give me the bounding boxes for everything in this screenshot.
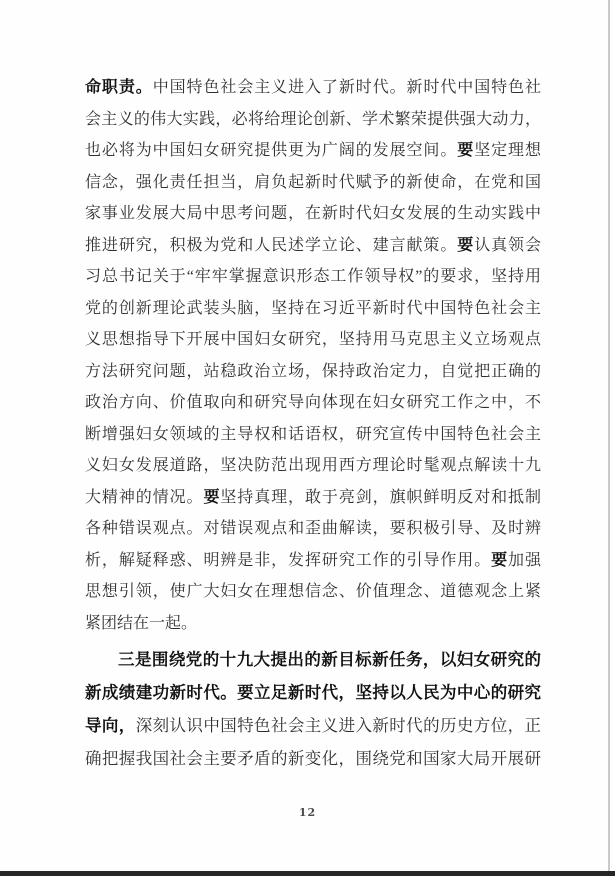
text-segment: 思想引领，使广大妇女在理想信念、价值理念、道德观念上紧 bbox=[85, 583, 541, 600]
text-segment: 紧团结在一起。 bbox=[85, 615, 197, 632]
text-line: 党的创新理论武装头脑，坚持在习近平新时代中国特色社会主 bbox=[85, 293, 541, 325]
text-segment: 析，解疑释惑、明辨是非，发挥研究工作的引导作用。 bbox=[85, 552, 491, 569]
text-segment: 加强 bbox=[508, 552, 541, 569]
text-segment: 家事业发展大局中思考问题，在新时代妇女发展的生动实践中 bbox=[85, 205, 541, 222]
bold-text-segment: 要 bbox=[203, 489, 220, 506]
text-line: 导向，深刻认识中国特色社会主义进入新时代的历史方位，正 bbox=[85, 709, 541, 742]
paragraph-1: 命职责。中国特色社会主义进入了新时代。新时代中国特色社会主义的伟大实践，必将给理… bbox=[85, 72, 541, 639]
text-line: 会主义的伟大实践，必将给理论创新、学术繁荣提供强大动力， bbox=[85, 104, 541, 136]
text-line: 命职责。中国特色社会主义进入了新时代。新时代中国特色社 bbox=[85, 72, 541, 104]
text-segment: 信念，强化责任担当，肩负起新时代赋予的新使命，在党和国 bbox=[85, 174, 541, 191]
text-line: 推进研究，积极为党和人民述学立论、建言献策。要认真领会 bbox=[85, 230, 541, 262]
text-segment: 推进研究，积极为党和人民述学立论、建言献策。 bbox=[85, 237, 457, 254]
text-line: 断增强妇女领域的主导权和话语权，研究宣传中国特色社会主 bbox=[85, 419, 541, 451]
page-number: 12 bbox=[0, 806, 615, 819]
text-line: 习总书记关于“牢牢掌握意识形态工作领导权”的要求，坚持用 bbox=[85, 261, 541, 293]
text-line: 紧团结在一起。 bbox=[85, 608, 541, 640]
text-line: 方法研究问题，站稳政治立场，保持政治定力，自觉把正确的 bbox=[85, 356, 541, 388]
text-segment: 认真领会 bbox=[474, 237, 541, 254]
text-line: 确把握我国社会主要矛盾的新变化，围绕党和国家大局开展研 bbox=[85, 742, 541, 775]
bold-text-segment: 要 bbox=[457, 142, 474, 159]
text-segment: 习总书记关于“牢牢掌握意识形态工作领导权”的要求，坚持用 bbox=[85, 268, 541, 285]
text-segment: 义妇女发展道路，坚决防范出现用西方理论时髦观点解读十九 bbox=[85, 457, 541, 474]
scan-edge-right bbox=[608, 0, 610, 876]
text-segment: 义思想指导下开展中国妇女研究，坚持用马克思主义立场观点 bbox=[85, 331, 541, 348]
text-segment: 各种错误观点。对错误观点和歪曲解读，要积极引导、及时辨 bbox=[85, 520, 541, 537]
bold-text-segment: 命职责。 bbox=[85, 79, 153, 96]
text-segment: 深刻认识中国特色社会主义进入新时代的历史方位，正 bbox=[136, 716, 541, 735]
text-line: 大精神的情况。要坚持真理，敢于亮剑，旗帜鲜明反对和抵制 bbox=[85, 482, 541, 514]
text-segment: 坚定理想 bbox=[474, 142, 541, 159]
text-segment: 坚持真理，敢于亮剑，旗帜鲜明反对和抵制 bbox=[220, 489, 541, 506]
text-segment: 政治方向、价值取向和研究导向体现在妇女研究工作之中，不 bbox=[85, 394, 541, 411]
text-line: 信念，强化责任担当，肩负起新时代赋予的新使命，在党和国 bbox=[85, 167, 541, 199]
document-body: 命职责。中国特色社会主义进入了新时代。新时代中国特色社会主义的伟大实践，必将给理… bbox=[85, 72, 541, 775]
text-line: 新成绩建功新时代。要立足新时代，坚持以人民为中心的研究 bbox=[85, 676, 541, 709]
scan-edge-bottom bbox=[0, 871, 615, 876]
bold-text-segment: 导向， bbox=[85, 716, 136, 735]
text-line: 义思想指导下开展中国妇女研究，坚持用马克思主义立场观点 bbox=[85, 324, 541, 356]
text-segment: 断增强妇女领域的主导权和话语权，研究宣传中国特色社会主 bbox=[85, 426, 541, 443]
text-line: 析，解疑释惑、明辨是非，发挥研究工作的引导作用。要加强 bbox=[85, 545, 541, 577]
document-page: 命职责。中国特色社会主义进入了新时代。新时代中国特色社会主义的伟大实践，必将给理… bbox=[0, 0, 615, 876]
text-segment: 党的创新理论武装头脑，坚持在习近平新时代中国特色社会主 bbox=[85, 300, 541, 317]
bold-text-segment: 要 bbox=[457, 237, 474, 254]
bold-text-segment: 三是围绕党的十九大提出的新目标新任务，以妇女研究的 bbox=[118, 650, 541, 669]
bold-text-segment: 要 bbox=[491, 552, 508, 569]
text-line: 思想引领，使广大妇女在理想信念、价值理念、道德观念上紧 bbox=[85, 576, 541, 608]
paragraph-2: 三是围绕党的十九大提出的新目标新任务，以妇女研究的新成绩建功新时代。要立足新时代… bbox=[85, 643, 541, 775]
text-line: 家事业发展大局中思考问题，在新时代妇女发展的生动实践中 bbox=[85, 198, 541, 230]
text-line: 也必将为中国妇女研究提供更为广阔的发展空间。要坚定理想 bbox=[85, 135, 541, 167]
text-line: 各种错误观点。对错误观点和歪曲解读，要积极引导、及时辨 bbox=[85, 513, 541, 545]
text-segment: 会主义的伟大实践，必将给理论创新、学术繁荣提供强大动力， bbox=[85, 111, 541, 128]
text-segment: 方法研究问题，站稳政治立场，保持政治定力，自觉把正确的 bbox=[85, 363, 541, 380]
text-line: 义妇女发展道路，坚决防范出现用西方理论时髦观点解读十九 bbox=[85, 450, 541, 482]
text-line: 政治方向、价值取向和研究导向体现在妇女研究工作之中，不 bbox=[85, 387, 541, 419]
text-segment: 大精神的情况。 bbox=[85, 489, 203, 506]
text-segment: 也必将为中国妇女研究提供更为广阔的发展空间。 bbox=[85, 142, 457, 159]
text-segment: 确把握我国社会主要矛盾的新变化，围绕党和国家大局开展研 bbox=[85, 749, 541, 768]
bold-text-segment: 新成绩建功新时代。要立足新时代，坚持以人民为中心的研究 bbox=[85, 683, 541, 702]
text-segment: 中国特色社会主义进入了新时代。新时代中国特色社 bbox=[153, 79, 541, 96]
text-line: 三是围绕党的十九大提出的新目标新任务，以妇女研究的 bbox=[85, 643, 541, 676]
